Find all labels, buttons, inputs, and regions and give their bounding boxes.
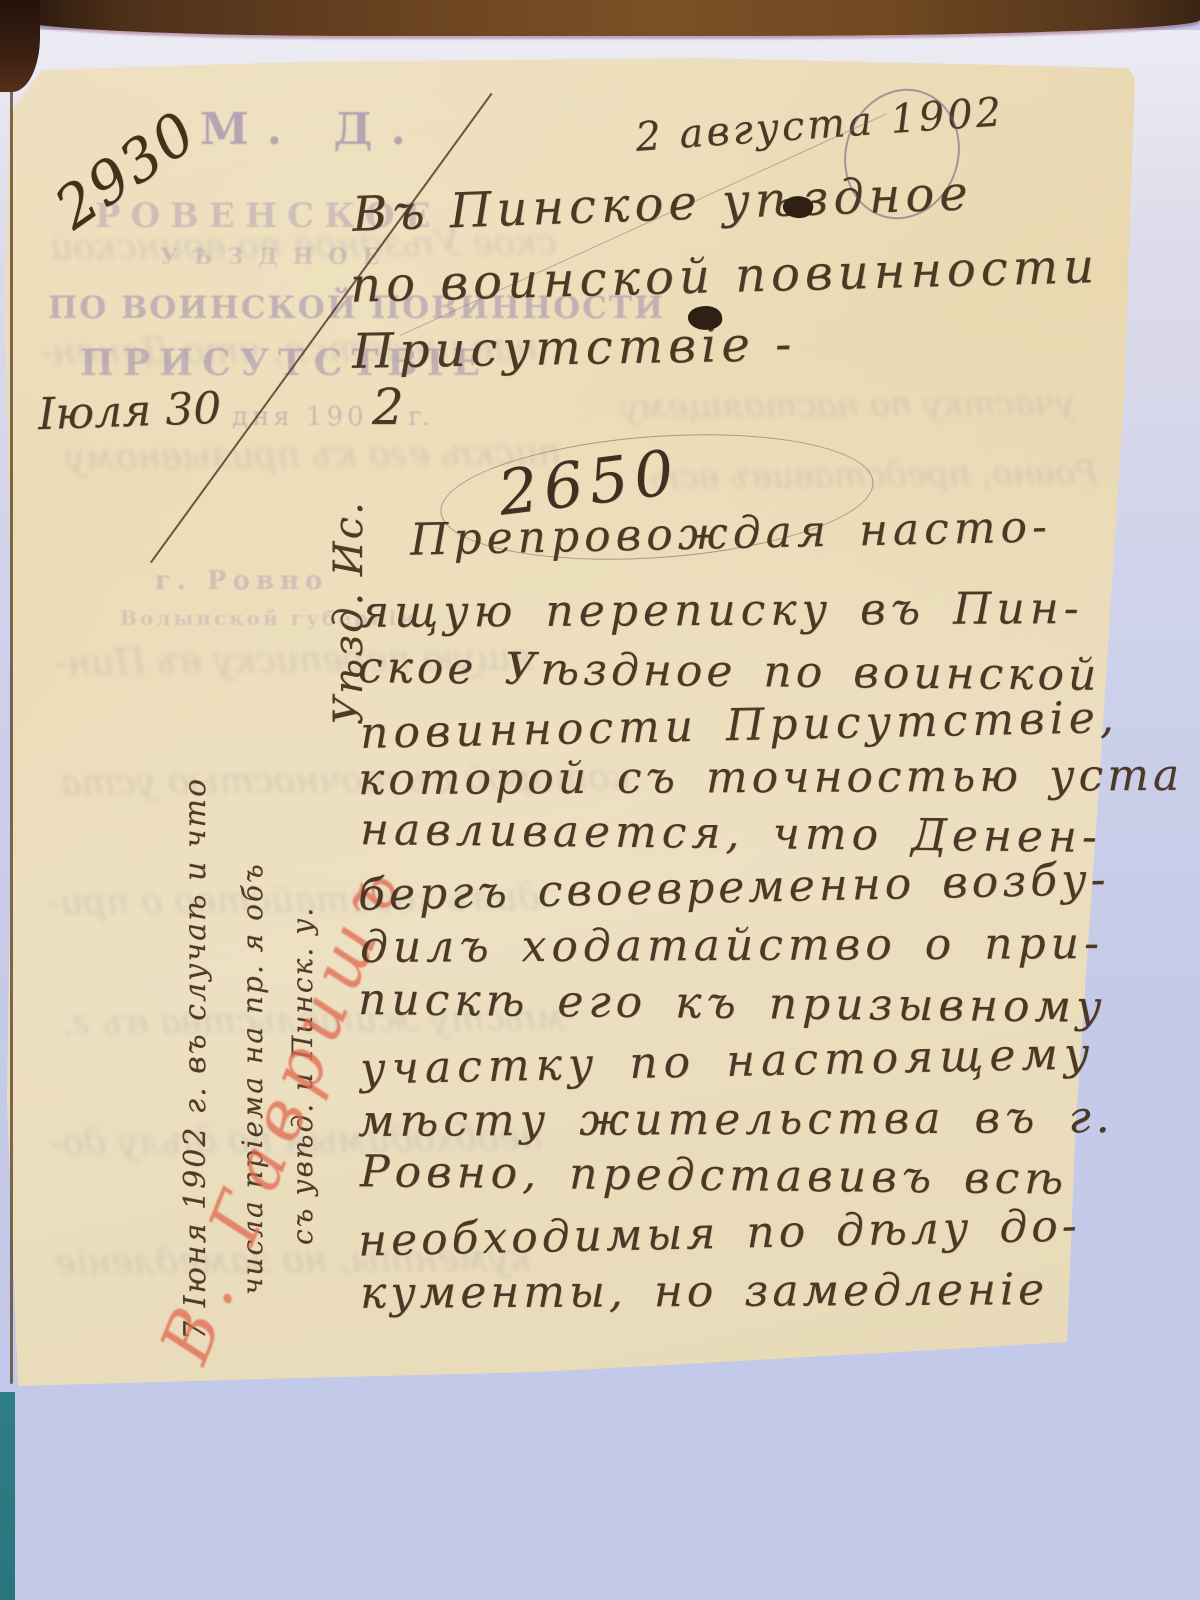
photo-canvas: ское Уѣздное по воинской навливается, чт… bbox=[0, 0, 1200, 1600]
wooden-table-edge bbox=[0, 0, 1200, 36]
letterhead-ministry-abbr: М. Д. bbox=[200, 104, 424, 155]
body-line: пискѣ его къ призывному bbox=[358, 974, 1107, 1033]
dateline-handwritten-day: Іюля 30 bbox=[37, 383, 222, 440]
body-line: навливается, что Денен- bbox=[360, 804, 1102, 863]
dateline-handwritten-year: 2 bbox=[372, 378, 404, 436]
bleed-through-line: участку по настоящему bbox=[620, 383, 1076, 428]
body-line: которой съ точностью уста bbox=[358, 750, 1183, 805]
dateline-printed-mid: дня 190 bbox=[232, 402, 368, 432]
body-line: ское Уѣздное по воинской bbox=[358, 642, 1101, 701]
dateline-printed-suffix: г. bbox=[408, 402, 430, 432]
letterhead-place-city: г. Ровно bbox=[155, 566, 328, 596]
binding-gutter bbox=[10, 72, 13, 1384]
body-line: Ровно, представивъ всѣ bbox=[360, 1146, 1069, 1204]
addressee-line: Присутствіе - bbox=[352, 316, 797, 380]
body-line: кументы, но замедленіе bbox=[360, 1264, 1048, 1319]
body-line: ящую переписку въ Пин- bbox=[360, 583, 1084, 638]
body-line: дилъ ходатайство о при- bbox=[360, 918, 1104, 973]
body-line: мѣсту жительства въ г. bbox=[358, 1092, 1115, 1147]
book-cover-edge bbox=[0, 1392, 15, 1600]
